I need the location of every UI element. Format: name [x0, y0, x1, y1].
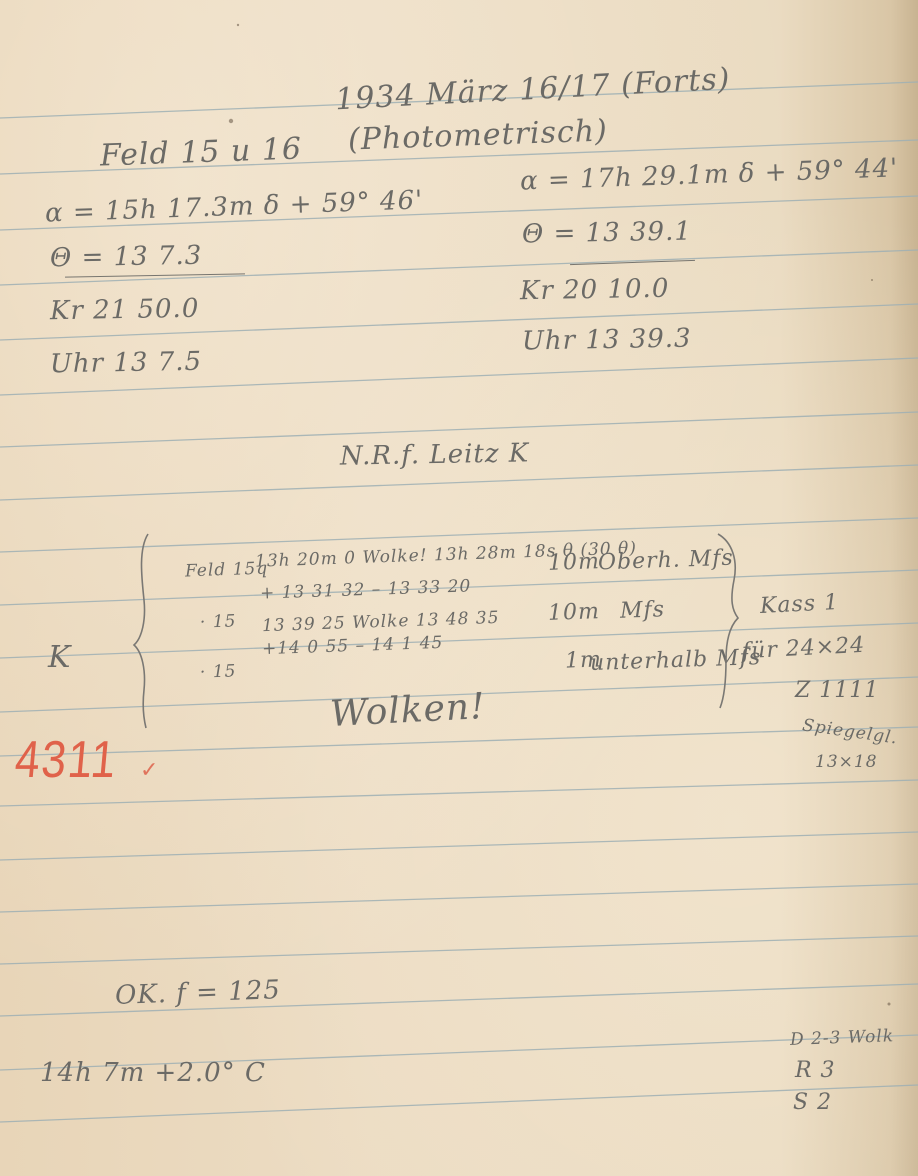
weather-r: R 3: [795, 1058, 836, 1083]
left-brace: [120, 530, 160, 730]
right-uhr: Uhr 13 39.3: [522, 324, 692, 357]
camera-note-kass: Kass 1: [759, 590, 839, 619]
right-brace: [712, 530, 746, 712]
ok-focal-line: OK. f = 125: [115, 975, 282, 1011]
section-heading: N.R.f. Leitz K: [340, 438, 530, 471]
camera-note-size: 13×18: [815, 752, 878, 772]
right-theta: Θ = 13 39.1: [522, 217, 692, 250]
exposure-row-3-field: · 15: [200, 661, 237, 682]
camera-note-plate: Z 1111: [795, 678, 879, 703]
logbook-page: 1934 März 16/17 (Forts) (Photometrisch) …: [0, 0, 918, 1176]
exposure-row-2-duration: 10m: [548, 599, 601, 626]
check-mark-icon: ✓: [140, 758, 159, 783]
k-label: K: [48, 640, 71, 675]
time-temperature: 14h 7m +2.0° C: [40, 1058, 266, 1088]
exposure-row-1-duration: 10m: [548, 549, 601, 576]
plate-number: 4311: [13, 730, 120, 790]
left-theta: Θ = 13 7.3: [50, 241, 203, 274]
weather-clouds: D 2-3 Wolk: [790, 1026, 895, 1050]
right-kr: Kr 20 10.0: [520, 274, 670, 307]
left-kr: Kr 21 50.0: [50, 294, 200, 327]
weather-s: S 2: [793, 1090, 832, 1115]
remark-wolken: Wolken!: [329, 686, 486, 735]
exposure-row-2-note: Mfs: [620, 597, 666, 624]
field-label: Feld 15 u 16: [99, 131, 302, 173]
left-uhr: Uhr 13 7.5: [50, 347, 203, 380]
exposure-row-2-field: · 15: [200, 611, 237, 632]
